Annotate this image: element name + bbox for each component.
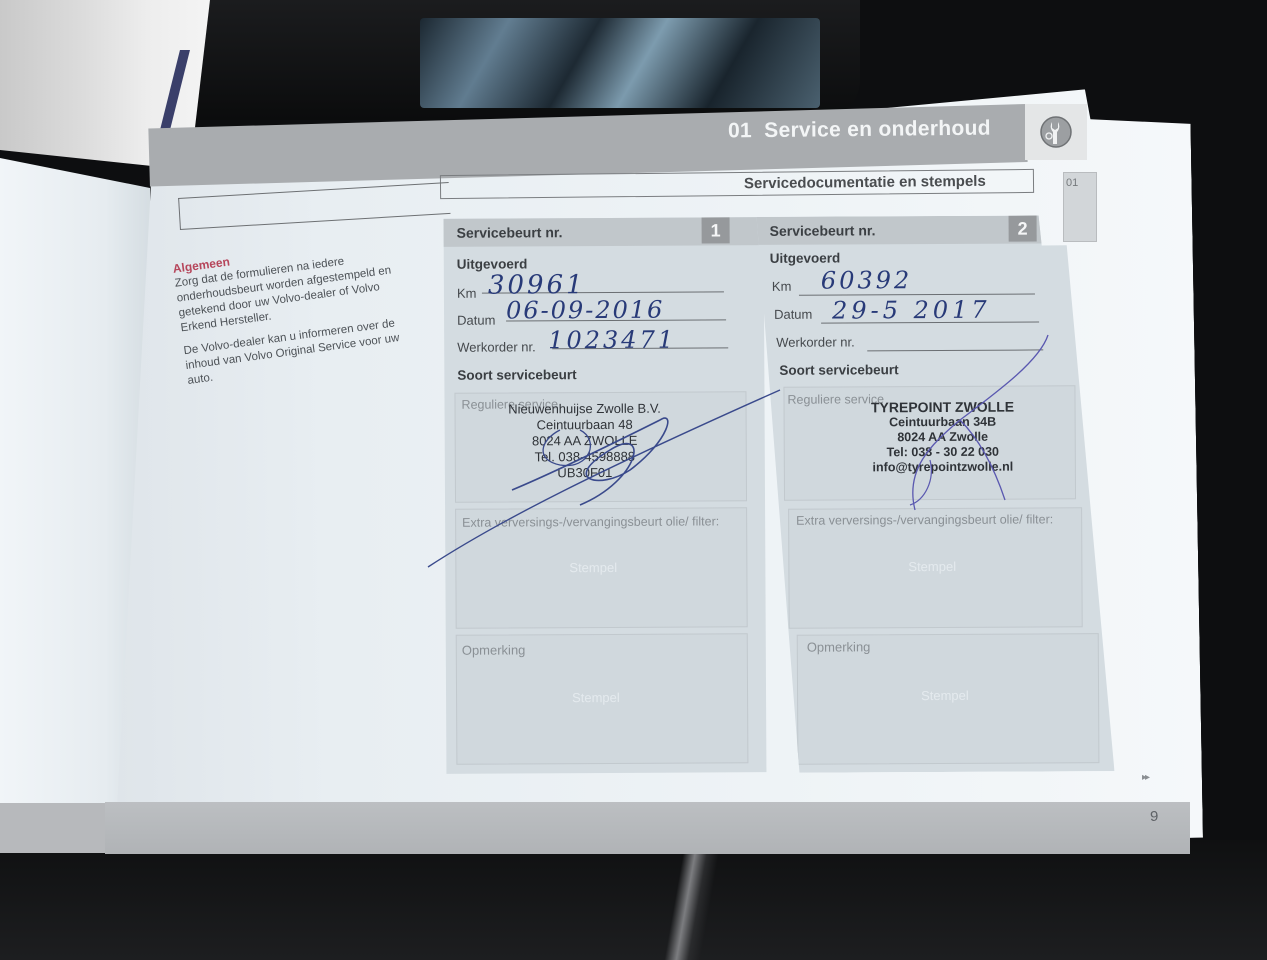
page-number: 9 bbox=[1150, 808, 1158, 825]
next-page-indicator: ▸▸ bbox=[1142, 772, 1148, 783]
signature-strokes bbox=[0, 0, 1267, 960]
